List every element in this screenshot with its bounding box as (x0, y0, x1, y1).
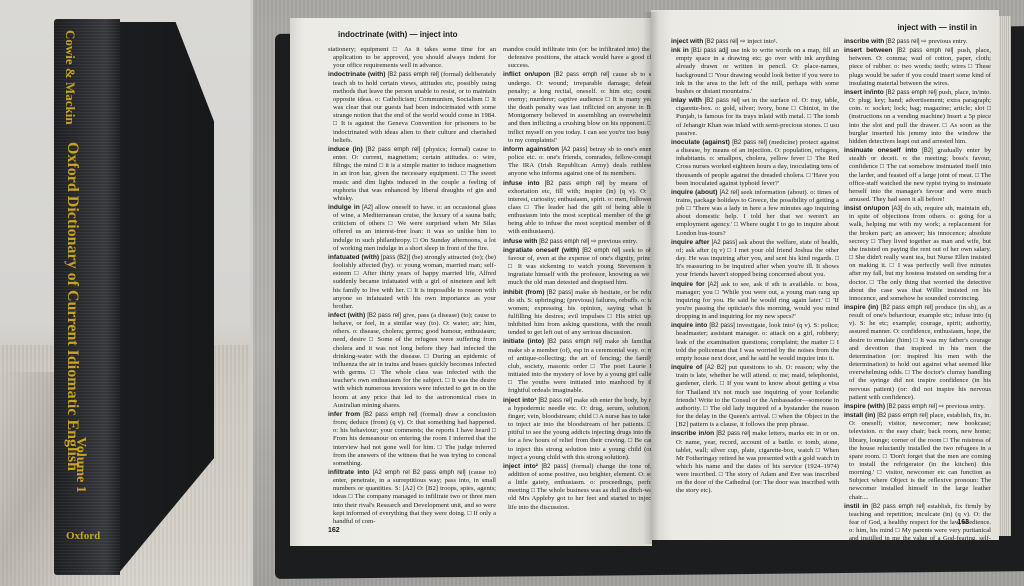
entry-definition: produce (in sb), as a result of one's be… (849, 304, 991, 401)
dictionary-entry: stationery; equipment □ As it takes some… (328, 46, 496, 70)
entry-headword: inquire for (671, 281, 708, 288)
dictionary-entry: inlay with [B2 pass rel] set in the surf… (671, 97, 839, 138)
entry-definition: allow oneself to have. o: an occasional … (333, 204, 496, 252)
entry-grammar-code: [B2 pass rel] (886, 39, 921, 45)
entry-definition: place, establish, fix, in. O: oneself; v… (849, 412, 991, 501)
entry-grammar-code: [B2 pass] (709, 323, 736, 329)
entry-headword: infiltrate into (328, 469, 373, 476)
dictionary-entry: infuse into [B2 pass emph rel] by means … (503, 180, 652, 237)
dictionary-entry: initiate (into) [B2 pass emph rel] make … (503, 338, 652, 395)
entry-definition: (cause to) enter, penetrate, in a surrep… (333, 469, 496, 525)
running-head-right: inject with — instil in (897, 24, 977, 32)
entry-definition: do sth, require sth, maintain sth, in sp… (849, 205, 991, 302)
entry-headword: indulge in (328, 204, 362, 211)
right-page: inject with — instil in inject with [B2 … (651, 10, 999, 540)
entry-definition: (medicine) protect against a disease, by… (676, 139, 839, 187)
entry-grammar-code: [B2 pass emph rel] (539, 239, 591, 245)
dictionary-entry: inject into¹ [B2 pass rel] make sth ente… (503, 397, 652, 462)
entry-headword: install (in) (844, 412, 877, 419)
entry-grammar-code: [A2 pass] (561, 147, 589, 153)
entry-grammar-code: [B2 pass emph rel] (871, 504, 927, 510)
entry-grammar-code: [B2 pass rel] (705, 39, 740, 45)
entry-grammar-code: [A2 B2] (705, 365, 729, 371)
entry-headword: inscribe with (844, 38, 886, 45)
dictionary-entry: inquire (about) [A2 rel] seek informatio… (671, 189, 839, 238)
entry-definition: push, place, in/into. O: plug; key; hand… (849, 89, 991, 145)
entry-headword: initiate (into) (503, 338, 547, 345)
entry-grammar-code: [B2 pass emph rel] (366, 147, 423, 153)
entry-headword: inoculate (against) (671, 139, 732, 146)
entry-headword: inlay with (671, 97, 705, 104)
entry-headword: instil in (844, 503, 871, 510)
entry-grammar-code: [A3] (892, 206, 905, 212)
entry-headword: insinuate oneself into (844, 147, 922, 154)
running-head-left: indoctrinate (with) — inject into (338, 31, 458, 39)
entry-grammar-code: [B2 pass emph rel] (897, 48, 958, 54)
dictionary-entry: infatuated (with) [pass (B2)] (be) stron… (328, 254, 496, 311)
dictionary-entry: mandos could infiltrate into (or: be inf… (503, 46, 652, 70)
dictionary-entry: inscribe with [B2 pass rel] ⇨ previous e… (844, 38, 991, 46)
entry-grammar-code: [B2 pass rel] (716, 431, 752, 437)
dictionary-entry: inject into² [B2 pass] (formal) change t… (503, 463, 652, 512)
right-page-column-2: inscribe with [B2 pass rel] ⇨ previous e… (844, 38, 991, 540)
entry-definition: ⇨ previous entry. (921, 38, 967, 45)
dictionary-entry: inquire after [A2 pass] ask about the we… (671, 239, 839, 280)
entry-headword: inquire into (671, 322, 709, 329)
entry-grammar-code: [B1i pass adj] (691, 48, 730, 54)
entry-headword: inscribe in/on (671, 430, 716, 437)
entry-grammar-code: [A2] (708, 282, 721, 288)
dictionary-entry: inoculate (against) [B2 pass rel] (medic… (671, 139, 839, 188)
entry-headword: infuse into (503, 180, 545, 187)
page-number-right: 163 (957, 519, 969, 527)
entry-headword: insert in/into (844, 89, 886, 96)
entry-headword: inhibit (from) (503, 289, 547, 296)
left-page: indoctrinate (with) — inject into statio… (290, 18, 652, 546)
entry-grammar-code: [B2 pass emph rel] (881, 305, 935, 311)
entry-definition: ⇨ previous entry. (939, 403, 985, 410)
entry-grammar-code: [B2 pass emph rel] (887, 404, 939, 410)
entry-definition: make sth enter the body, by means of a h… (508, 397, 652, 461)
left-page-column-1: stationery; equipment □ As it takes some… (328, 46, 496, 527)
spine-publisher: Oxford (66, 530, 100, 542)
entry-headword: ink in (671, 47, 691, 54)
entry-definition: stationery; equipment □ As it takes some… (328, 46, 496, 69)
entry-grammar-code: [B2 pass rel] (538, 398, 573, 404)
entry-definition: put questions to sb. O: reason; why the … (676, 364, 839, 428)
dictionary-entry: inquire into [B2 pass] investigate, look… (671, 322, 839, 363)
entry-headword: inspire (with) (844, 403, 887, 410)
entry-grammar-code: [B2 pass emph rel] (388, 72, 441, 78)
dictionary-entry: ingratiate oneself (with) [B2 emph rel] … (503, 247, 652, 288)
entry-definition: use ink to write words on a map, fill an… (676, 47, 839, 95)
entry-grammar-code: [A2 rel] (720, 190, 741, 196)
entry-grammar-code: [B2 pass emph rel] (877, 413, 929, 419)
spine-title: Oxford Dictionary of Current Idiomatic E… (64, 142, 81, 471)
dictionary-entry: infiltrate into [A2 emph rel B2 pass emp… (328, 469, 496, 526)
entry-grammar-code: [B2 pass emph rel] (363, 412, 420, 418)
closed-book-photo: Cowie & Mackin Oxford Dictionary of Curr… (0, 0, 250, 586)
entry-definition: make letters, marks etc in or on. O: nam… (676, 430, 839, 494)
open-book-photo: indoctrinate (with) — inject into statio… (253, 0, 1024, 586)
entry-headword: infect (with) (328, 312, 367, 319)
entry-grammar-code: [B2 pass emph rel] (547, 339, 605, 345)
entry-grammar-code: [B2 pass emph rel] (554, 72, 613, 78)
dictionary-entry: inhibit (from) [B2 pass] make sb hesitat… (503, 289, 652, 338)
dictionary-entry: indoctrinate (with) [B2 pass emph rel] (… (328, 71, 496, 144)
dictionary-entry: infer from [B2 pass emph rel] (formal) d… (328, 411, 496, 468)
entry-grammar-code: [B2 pass rel] (367, 313, 403, 319)
entry-headword: ingratiate oneself (with) (503, 247, 582, 254)
right-page-column-1: inject with [B2 pass rel] ⇨ inject into¹… (671, 38, 839, 497)
entry-grammar-code: [B2 pass emph rel] (545, 181, 610, 187)
entry-definition: (formal) deliberately teach sb to hold c… (333, 71, 496, 143)
dictionary-entry: inject with [B2 pass rel] ⇨ inject into¹… (671, 38, 839, 46)
spine-authors: Cowie & Mackin (64, 30, 77, 125)
entry-headword: infuse with (503, 238, 539, 245)
entry-definition: (formal) draw a conclusion from; deduce … (333, 411, 496, 467)
entry-grammar-code: [B2] (922, 148, 937, 154)
dictionary-entry: inquire for [A2] ask to see, ask if sth … (671, 281, 839, 322)
entry-headword: infer from (328, 411, 363, 418)
left-page-column-2: mandos could infiltrate into (or: be inf… (503, 46, 652, 513)
page-edges (997, 16, 1011, 536)
dictionary-entry: inflict on/upon [B2 pass emph rel] cause… (503, 71, 652, 144)
dictionary-entry: induce (in) [B2 pass emph rel] (physics;… (328, 146, 496, 203)
dictionary-entry: insert between [B2 pass emph rel] push, … (844, 47, 991, 88)
entry-headword: infatuated (with) (328, 254, 381, 261)
entry-headword: inspire (in) (844, 304, 881, 311)
entry-headword: induce (in) (328, 146, 366, 153)
entry-grammar-code: [pass (B2)] (381, 255, 412, 261)
entry-headword: inquire (about) (671, 189, 720, 196)
entry-definition: by means of oratory, exhortation etc, fi… (508, 180, 652, 236)
entry-grammar-code: [B2 pass] (547, 290, 575, 296)
entry-grammar-code: [B2 pass rel] (732, 140, 769, 146)
spine-volume: Volume 1 (72, 437, 88, 493)
dictionary-entry: infuse with [B2 pass emph rel] ⇨ previou… (503, 238, 652, 246)
entry-definition: gradually enter by stealth or deceit. o:… (849, 147, 991, 203)
entry-definition: (physics; formal) cause to enter. O: cur… (333, 146, 496, 202)
entry-headword: inquire after (671, 239, 712, 246)
entry-headword: inflict on/upon (503, 71, 554, 78)
entry-headword: inject with (671, 38, 705, 45)
entry-grammar-code: [B2 pass rel] (705, 98, 743, 104)
entry-headword: inquire of (671, 364, 705, 371)
entry-grammar-code: [A2] (362, 205, 375, 211)
dictionary-entry: inquire of [A2 B2] put questions to sb. … (671, 364, 839, 429)
entry-definition: ⇨ previous entry. (591, 238, 637, 245)
entry-grammar-code: [B2 emph rel] (582, 248, 623, 254)
dictionary-entry: inspire (in) [B2 pass emph rel] produce … (844, 304, 991, 402)
dictionary-entry: ink in [B1i pass adj] use ink to write w… (671, 47, 839, 96)
entry-headword: inject into² (503, 463, 541, 470)
entry-definition: give, pass (a disease) (to); cause to be… (333, 312, 496, 409)
entry-grammar-code: [A2 emph rel B2 pass emph rel] (373, 470, 469, 476)
dictionary-entry: infect (with) [B2 pass rel] give, pass (… (328, 312, 496, 410)
page-number-left: 162 (328, 527, 340, 535)
entry-definition: ⇨ inject into¹. (740, 38, 777, 45)
entry-definition: mandos could infiltrate into (or: be inf… (503, 46, 652, 69)
dictionary-entry: insist on/upon [A3] do sth, require sth,… (844, 205, 991, 303)
entry-headword: insert between (844, 47, 897, 54)
dictionary-entry: inscribe in/on [B2 pass rel] make letter… (671, 430, 839, 495)
entry-grammar-code: [B2 pass emph rel] (886, 90, 939, 96)
book-gutter (643, 12, 659, 544)
dictionary-entry: indulge in [A2] allow oneself to have. o… (328, 204, 496, 253)
entry-definition: cause sb to suffer or undergo. O: wound;… (508, 71, 652, 143)
entry-grammar-code: [B2 pass] (541, 464, 571, 470)
dictionary-entry: insinuate oneself into [B2] gradually en… (844, 147, 991, 204)
entry-headword: inform against/on (503, 146, 561, 153)
entry-grammar-code: [A2 pass] (712, 240, 739, 246)
entry-headword: insist on/upon (844, 205, 892, 212)
entry-headword: inject into¹ (503, 397, 538, 404)
dictionary-entry: inform against/on [A2 pass] betray sb to… (503, 146, 652, 179)
entry-headword: indoctrinate (with) (328, 71, 388, 78)
entry-definition: make sb familiar (with), make sb a membe… (508, 338, 652, 394)
dictionary-entry: inspire (with) [B2 pass emph rel] ⇨ prev… (844, 403, 991, 411)
dictionary-entry: install (in) [B2 pass emph rel] place, e… (844, 412, 991, 502)
entry-definition: (be) strongly attracted (to); (be) fooli… (333, 254, 496, 310)
dictionary-entry: insert in/into [B2 pass emph rel] push, … (844, 89, 991, 146)
